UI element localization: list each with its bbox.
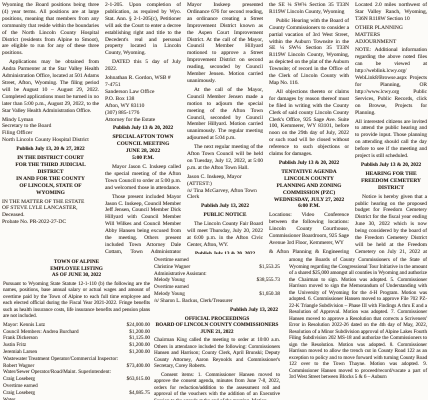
proceedings-continuation-column: among the Boards of County Commissioners… <box>289 257 427 400</box>
legal-notices-column-5: Located 2.0 miles northwest of Star Vall… <box>355 2 427 254</box>
text-line: Johnathan R. Gordon, WSB # <box>105 75 181 82</box>
notice-heading: TOWN OF ALPINEEMPLOYEE LISTINGAS OF JUNE… <box>3 259 150 279</box>
listing-row: Craig Loseberg$4,685.75 <box>3 390 150 397</box>
body-paragraph: Those present included Mayor Jason C. In… <box>105 194 181 254</box>
publish-line: Publish July 13 & 20, 2022 <box>355 162 427 169</box>
body-paragraph: Locations: Video Conference between the … <box>269 212 349 247</box>
row-amount: $1,553.25 <box>256 264 280 271</box>
row-amount: $1,200.00 <box>126 349 150 356</box>
row-amount: $24,000.00 <box>124 322 150 329</box>
body-paragraph: The next regular meeting of the Afton To… <box>187 144 263 172</box>
row-label: Mayor: Kennis Lutz <box>3 322 45 329</box>
row-amount: $73,400.00 <box>124 363 150 370</box>
body-paragraph: The Lincoln County Fair Board will meet … <box>187 221 263 249</box>
heading-line: OF LINCOLN, STATE OF <box>2 183 99 190</box>
listing-row: Jeremiah Larsen$1,200.00 <box>3 349 150 356</box>
publish-line: Publish July 13 & 20, 2022 <box>269 160 349 167</box>
text-line: (307) 885-1776 <box>105 110 181 117</box>
listing-row: Mayor: Kennis Lutz$24,000.00 <box>3 322 150 329</box>
publish-line: Publish July 13 & 20, 2022 <box>105 125 181 132</box>
notice-heading: PUBLIC NOTICE <box>187 212 263 219</box>
row-amount: $1,200.00 <box>126 342 150 349</box>
heading-line: PLANNING AND ZONING <box>269 183 349 190</box>
listing-row: Craig Loseberg$63,615.00 <box>3 376 150 383</box>
text-line: Attorney for the Estate <box>105 117 181 124</box>
row-label: Jeremiah Larsen <box>3 349 37 356</box>
row-label: Water <box>3 397 15 400</box>
heading-line: LINCOLN COUNTY <box>269 176 349 183</box>
text-line: 7-4751 <box>105 82 181 89</box>
top-section: Wyoming the Board positions being three … <box>2 2 427 254</box>
heading-line: FOR THE THIRD JUDICIAL <box>2 162 99 169</box>
row-label: Overtime earned <box>154 257 189 264</box>
heading-line: 5:00 P.M. <box>105 155 181 162</box>
body-paragraph: Pursuant to Wyoming State Statute 12-1-1… <box>3 281 150 320</box>
heading-line: COMMISSION (PZC) <box>269 190 349 197</box>
legal-notices-column-3: Mayor Inskeep presented Ordinance 676 fo… <box>187 2 263 254</box>
publish-line: Publish July 13 & 20, 2022 <box>187 251 263 254</box>
body-paragraph: Chairman King called the meeting to orde… <box>154 337 280 370</box>
body-paragraph: Mayor Inskeep presented Ordinance 676 fo… <box>187 2 263 85</box>
row-label: Wastewater Treatment Operator/Commercial… <box>3 356 118 363</box>
notice-heading: IN THE DISTRICT COURTFOR THE THIRD JUDIC… <box>2 155 99 196</box>
salary-listing: Mayor: Kennis Lutz$24,000.00Council Memb… <box>3 322 150 400</box>
body-paragraph: the SE ¼ SW¼ Section 35 T33N R119W Linco… <box>269 2 349 16</box>
listing-row: Wastewater Treatment Operator/Commercial… <box>3 356 150 363</box>
legal-notices-column-2: 2-1-205. Upon completion of publication,… <box>105 2 181 254</box>
notice-heading: OFFICIAL PROCEEDINGSBOARD OF LINCOLN COU… <box>154 316 280 336</box>
body-paragraph: Wyoming the Board positions being three … <box>2 2 99 57</box>
publish-line: Publish July 13, 20 & 27, 2022 <box>2 146 99 153</box>
body-paragraph: All interested citizens are invited to a… <box>355 119 427 160</box>
row-label: Melody Young <box>154 291 185 298</box>
listing-row: Water <box>3 397 150 400</box>
publish-line: Publish July 13, 2022 <box>154 307 280 314</box>
listing-row: Justin Fritz$1,200.00 <box>3 342 150 349</box>
listing-row: Overtime earned <box>3 383 150 390</box>
heading-line: AS OF JUNE 30, 2022 <box>3 272 150 279</box>
body-paragraph: Notice is hereby given that a public hea… <box>355 194 427 254</box>
publish-line: Publish July 13, 2022 <box>187 203 263 210</box>
row-amount: $38,555.73 <box>254 277 280 284</box>
heading-line: TENTATIVE AGENDA <box>269 169 349 176</box>
heading-line: IN AND FOR THE COUNTY <box>2 176 99 183</box>
heading-line: PUBLIC NOTICE <box>187 212 263 219</box>
heading-line: 6:00 P.M. <box>269 203 349 210</box>
row-label: /s/ Sharon L. Backus, Clerk/Treasurer <box>154 298 232 305</box>
row-label: Overtime earned <box>3 383 38 390</box>
text-line: Clerk <box>187 194 263 201</box>
notice-lines: Mindy LymanSecretary to the BoardFiling … <box>2 117 99 145</box>
town-of-alpine-employee-listing: TOWN OF ALPINEEMPLOYEE LISTINGAS OF JUNE… <box>3 257 150 400</box>
body-paragraph: All objections thereto or claims for dam… <box>269 89 349 158</box>
notice-heading: TENTATIVE AGENDALINCOLN COUNTYPLANNING A… <box>269 169 349 210</box>
body-paragraph: Public Hearing with the Board of County … <box>269 18 349 87</box>
heading-line: JUNE 21, 2022 <box>154 329 280 336</box>
text-line: OTHER PLANNING MATTERS <box>355 25 427 39</box>
row-amount: $4,685.75 <box>126 390 150 397</box>
legal-notices-column-4: the SE ¼ SW¼ Section 35 T33N R119W Linco… <box>269 2 349 254</box>
text-line: Jason C. Inskeep, Mayor <box>187 174 263 181</box>
body-paragraph: DATED this 5 day of July 2022. <box>105 59 181 73</box>
text-line: Afton, WY 83110 <box>105 103 181 110</box>
text-line: North Lincoln County Hospital District <box>2 137 99 144</box>
body-paragraph: & Afton Planning & Engineering Office, C… <box>269 249 349 254</box>
text-line: Sanderson Law Office <box>105 89 181 96</box>
row-amount: $1,650.38 <box>256 291 280 298</box>
heading-line: IN THE DISTRICT COURT <box>2 155 99 162</box>
text-line: P.O. Box 138 <box>105 96 181 103</box>
body-paragraph: NOTE: Additional information regarding t… <box>355 47 427 116</box>
body-paragraph: Consent items: 1. Commissioner Hansen mo… <box>154 372 280 400</box>
notice-heading: SPECIAL AFTON TOWNCOUNCIL MEETINGJUNE 28… <box>105 134 181 162</box>
row-label: Christine Wagner <box>154 264 190 271</box>
listing-row: Overtime earned <box>154 257 280 264</box>
listing-row: /s/ Sharon L. Backus, Clerk/Treasurer <box>154 298 280 305</box>
body-paragraph: among the Boards of County Commissioners… <box>289 257 427 381</box>
row-label: Justin Fritz <box>3 342 26 349</box>
heading-line: HEARING FOR THE <box>355 171 427 178</box>
notice-lines: OTHER PLANNING MATTERSADJOURNMENT <box>355 25 427 46</box>
body-paragraph: Located 2.0 miles northwest of Star Vall… <box>355 2 427 23</box>
bottom-section: TOWN OF ALPINEEMPLOYEE LISTINGAS OF JUNE… <box>3 257 427 400</box>
row-amount: $63,615.00 <box>124 376 150 383</box>
body-paragraph: At the call of the Mayor, Council Member… <box>187 87 263 142</box>
listing-row: Christine Wagner$1,553.25 <box>154 264 280 271</box>
text-line: ADJOURNMENT <box>355 39 427 46</box>
row-label: Craig Loseberg <box>3 390 35 397</box>
salary-listing: Overtime earnedChristine Wagner$1,553.25… <box>154 257 280 305</box>
listing-row: Overtime earned <box>154 284 280 291</box>
notice-heading: HEARING FOR THEFREEDOM CEMETERYDISTRICT <box>355 171 427 192</box>
heading-line: TOWN OF ALPINE <box>3 259 150 266</box>
official-proceedings-column: Overtime earnedChristine Wagner$1,553.25… <box>154 257 280 400</box>
scanned-page-surface: Wyoming the Board positions being three … <box>0 0 428 400</box>
heading-line: FREEDOM CEMETERY <box>355 178 427 185</box>
heading-line: WYOMING <box>2 190 99 197</box>
heading-line: DISTRICT <box>2 169 99 176</box>
notice-lines: Jason C. Inskeep, Mayor(ATTEST:)/s/ Tina… <box>187 174 263 202</box>
body-paragraph: 2-1-205. Upon completion of publication,… <box>105 2 181 57</box>
notice-lines: Johnathan R. Gordon, WSB #7-4751Sanderso… <box>105 75 181 123</box>
listing-row: Melody Young$1,650.38 <box>154 291 280 298</box>
heading-line: BOARD OF LINCOLN COUNTY COMMISSIONERS <box>154 322 280 329</box>
notice-lines: IN THE MATTER OF THE ESTATEOF STEVE LYLE… <box>2 199 99 227</box>
row-label: Overtime earned <box>154 284 189 291</box>
text-line: (ATTEST:) <box>187 181 263 188</box>
newspaper-legal-notices-page: Wyoming the Board positions being three … <box>0 0 428 400</box>
body-paragraph: Mayor Jason C. Inskeep called the specia… <box>105 164 181 192</box>
legal-notices-column-1: Wyoming the Board positions being three … <box>2 2 99 254</box>
body-paragraph: Applications may be obtained from Andra … <box>2 59 99 114</box>
heading-line: DISTRICT <box>355 185 427 192</box>
row-label: Craig Loseberg <box>3 376 35 383</box>
text-line: Probate No. PR-2022-27-DC <box>2 219 99 226</box>
